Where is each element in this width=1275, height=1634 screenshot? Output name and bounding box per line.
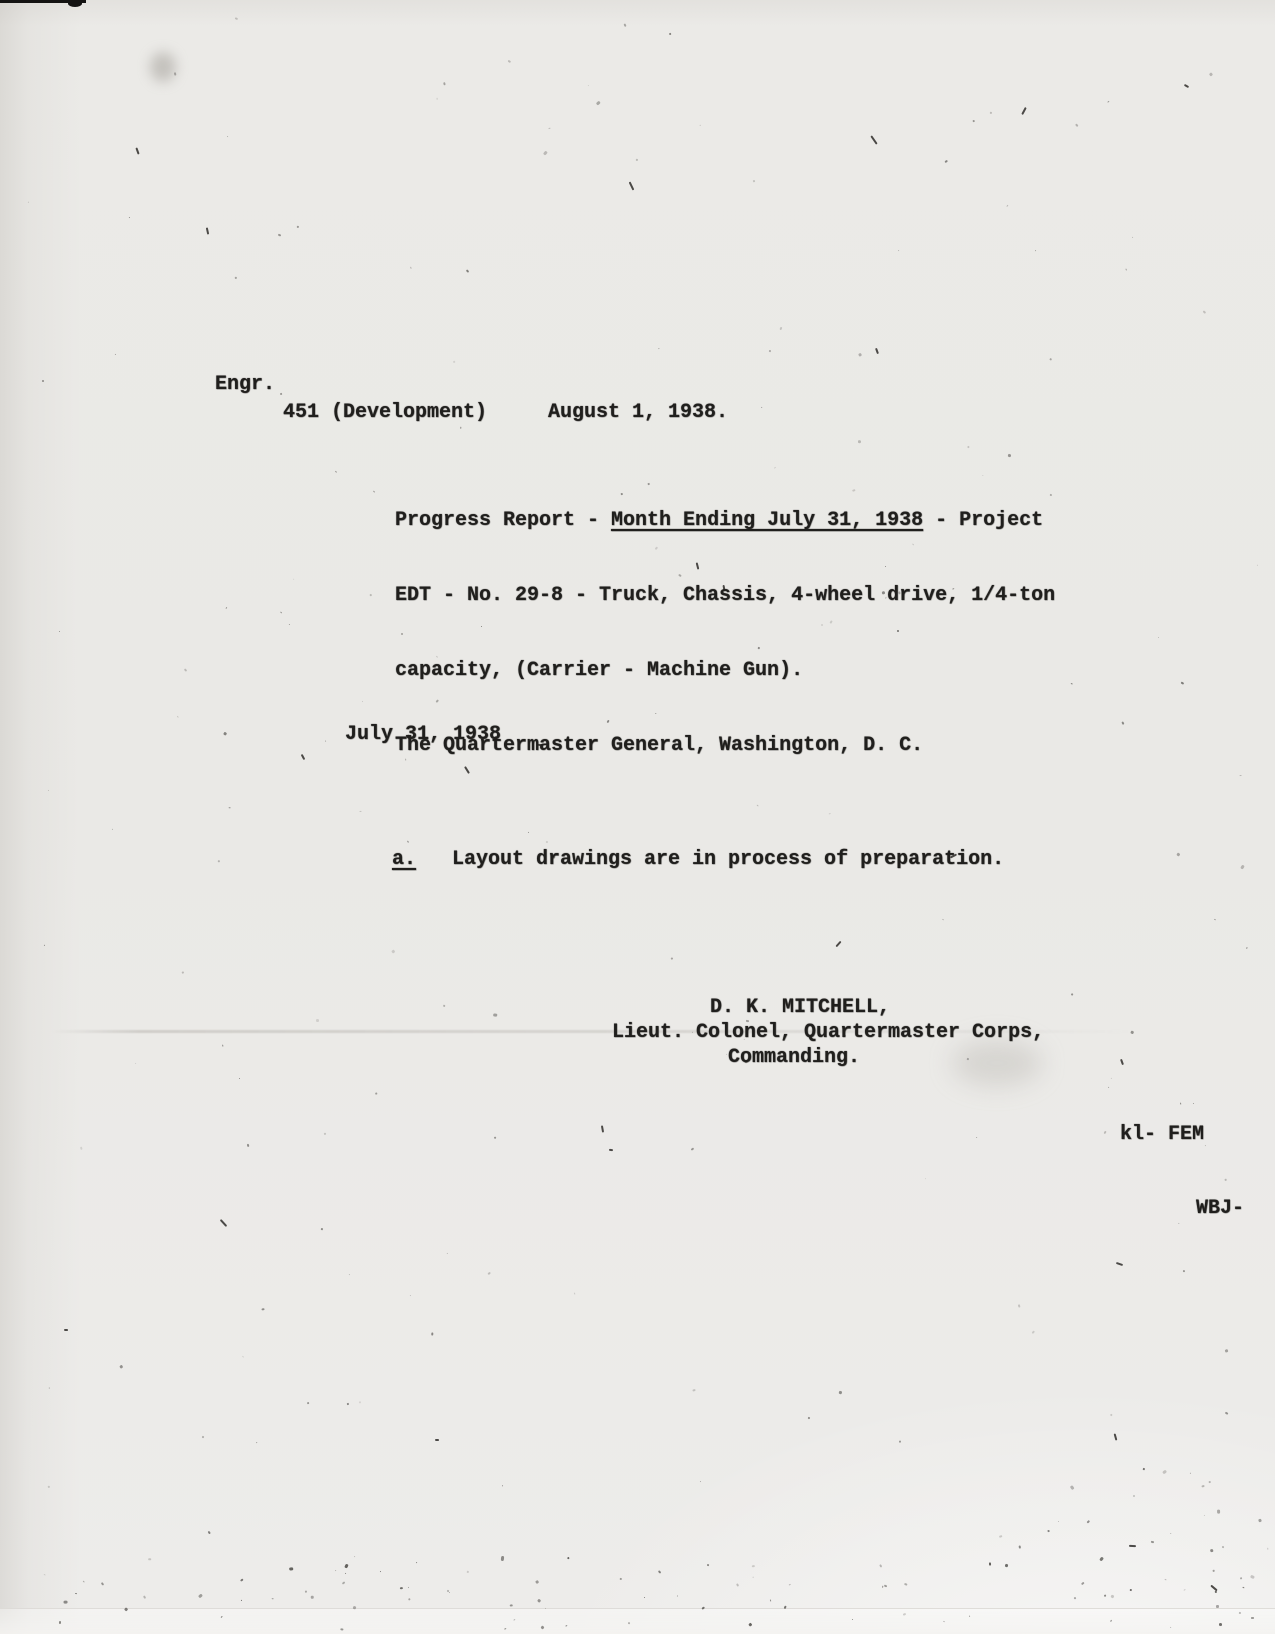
subject-underlined-period: Month Ending July 31, 1938	[611, 509, 923, 532]
reviewer-initials: WBJ-	[1196, 1196, 1244, 1221]
subject-prefix: Progress Report -	[395, 509, 611, 532]
signature-name: D. K. MITCHELL,	[710, 995, 890, 1020]
signature-role: Commanding.	[728, 1045, 860, 1070]
header-date: August 1, 1938.	[548, 400, 728, 425]
subject-suffix: - Project	[923, 509, 1043, 532]
item-a-text: Layout drawings are in process of prepar…	[452, 847, 1004, 872]
entry-date: July 31, 1938	[345, 722, 501, 747]
typist-initials: kl- FEM	[1120, 1122, 1204, 1147]
header-office: Engr.	[215, 372, 275, 397]
subject-block: Progress Report - Month Ending July 31, …	[395, 458, 1055, 808]
header-file-number: 451 (Development)	[283, 400, 487, 425]
scan-edge-blob	[68, 0, 82, 7]
scan-bottom-strip	[0, 1608, 1275, 1634]
signature-title: Lieut. Colonel, Quartermaster Corps,	[612, 1020, 1044, 1045]
subject-line-2: EDT - No. 29-8 - Truck, Chassis, 4-wheel…	[395, 583, 1055, 608]
paper-smudge	[150, 52, 176, 82]
subject-line-1: Progress Report - Month Ending July 31, …	[395, 508, 1055, 533]
document-page: Engr. 451 (Development) August 1, 1938. …	[0, 0, 1275, 1634]
subject-line-3: capacity, (Carrier - Machine Gun).	[395, 658, 1055, 683]
scan-edge-mark	[0, 0, 86, 3]
item-a-label: a.	[392, 847, 416, 872]
paper-smudge-lower	[952, 1040, 1042, 1086]
